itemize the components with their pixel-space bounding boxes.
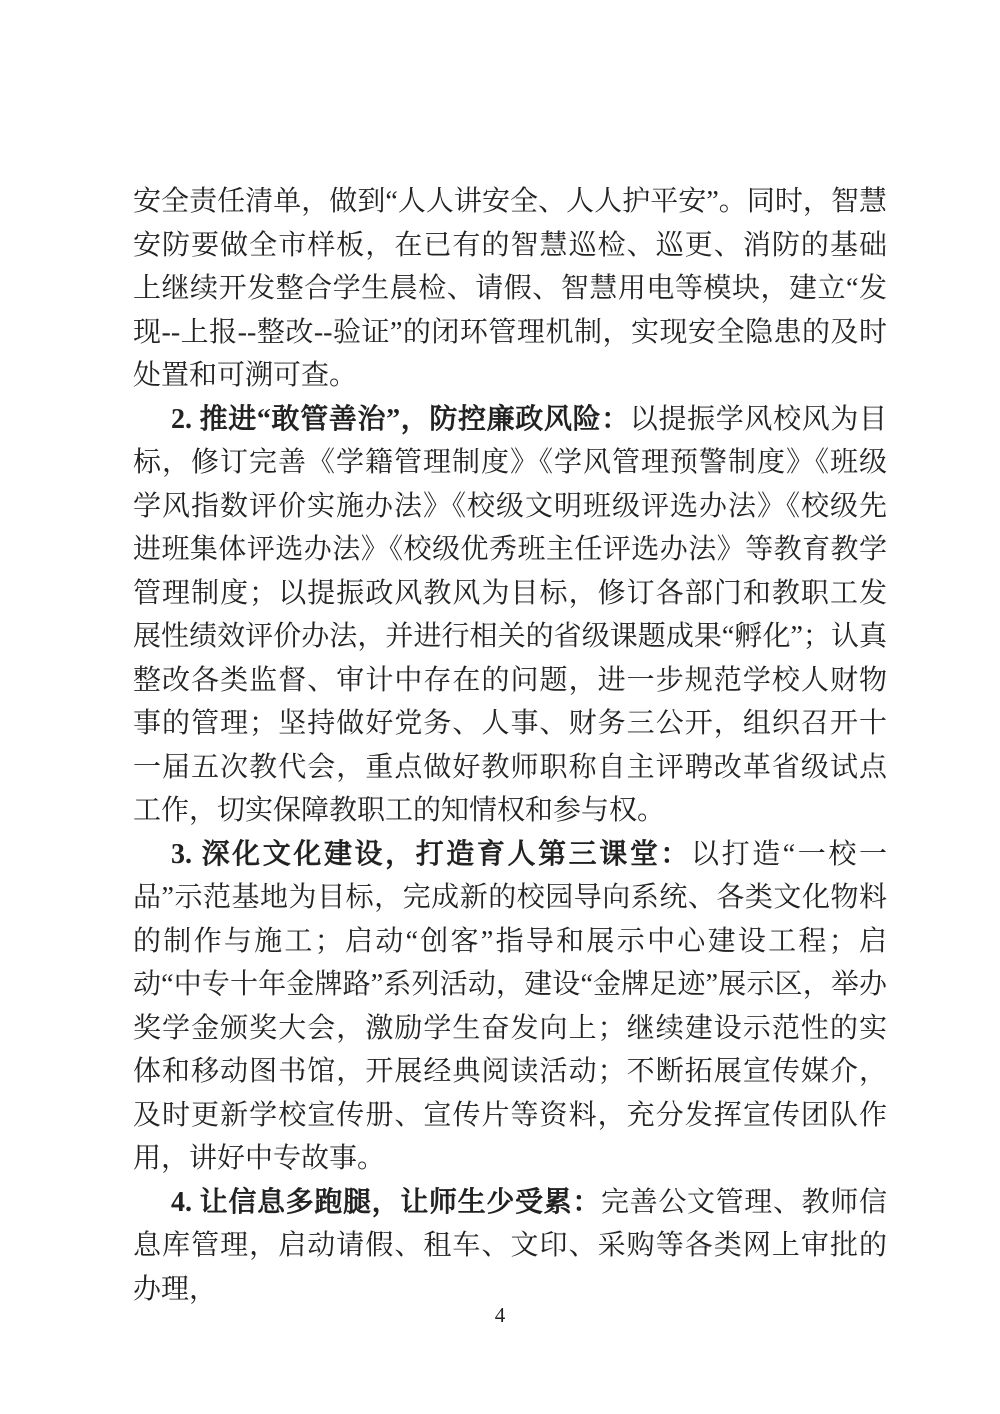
paragraph-lead: 3. 深化文化建设，打造育人第三课堂：: [171, 839, 691, 870]
document-page: 安全责任清单，做到“人人讲安全、人人护平安”。同时，智慧安防要做全市样板，在已有…: [0, 0, 1000, 1414]
paragraph-text: 以打造“一校一品”示范基地为目标，完成新的校园导向系统、各类文化物料的制作与施工…: [133, 839, 887, 1175]
paragraph-text: 安全责任清单，做到“人人讲安全、人人护平安”。同时，智慧安防要做全市样板，在已有…: [133, 186, 887, 391]
paragraph: 安全责任清单，做到“人人讲安全、人人护平安”。同时，智慧安防要做全市样板，在已有…: [133, 180, 887, 398]
paragraph-lead: 2. 推进“敢管善治”，防控廉政风险：: [171, 404, 630, 435]
paragraph-text: 以提振学风校风为目标，修订完善《学籍管理制度》《学风管理预警制度》《班级学风指数…: [133, 404, 887, 827]
document-body: 安全责任清单，做到“人人讲安全、人人护平安”。同时，智慧安防要做全市样板，在已有…: [133, 180, 887, 1311]
paragraph: 4. 让信息多跑腿，让师生少受累：完善公文管理、教师信息库管理，启动请假、租车、…: [133, 1181, 887, 1312]
paragraph-lead: 4. 让信息多跑腿，让师生少受累：: [171, 1187, 601, 1218]
page-number: 4: [0, 1303, 1000, 1328]
paragraph: 2. 推进“敢管善治”，防控廉政风险：以提振学风校风为目标，修订完善《学籍管理制…: [133, 398, 887, 833]
paragraph: 3. 深化文化建设，打造育人第三课堂：以打造“一校一品”示范基地为目标，完成新的…: [133, 833, 887, 1181]
